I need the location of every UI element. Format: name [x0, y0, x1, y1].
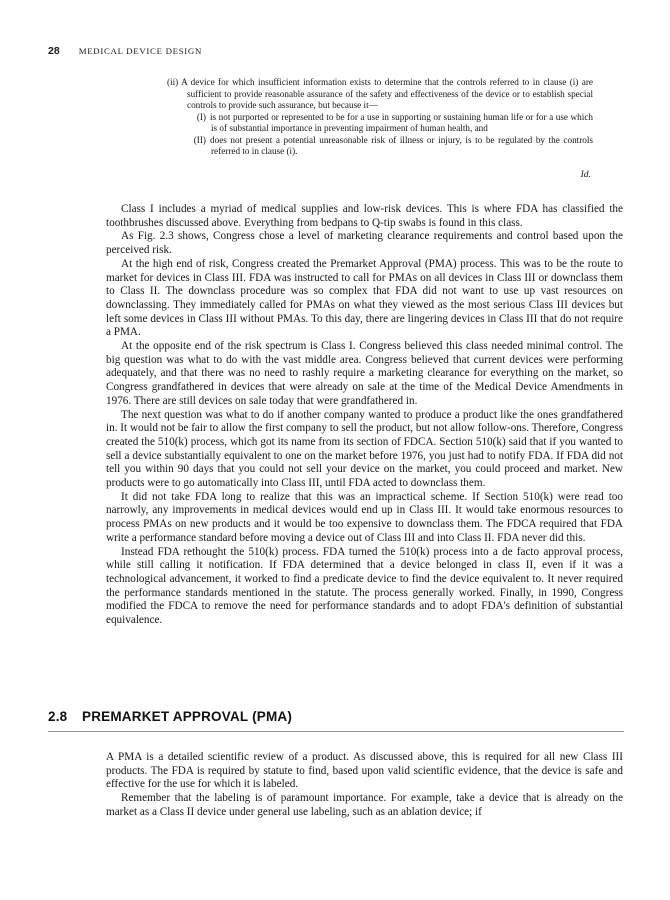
clause-ii-label: (ii): [167, 77, 178, 87]
section-heading: 2.8PREMARKET APPROVAL (PMA): [48, 709, 624, 732]
section-paragraph: Remember that the labeling is of paramou…: [106, 792, 623, 819]
body-text: Class I includes a myriad of medical sup…: [106, 203, 623, 628]
clause-sub-text-I: is not purported or represented to be fo…: [210, 112, 593, 134]
clause-sub-label-I: (I): [187, 112, 206, 124]
page-number: 28: [48, 45, 60, 57]
clause-ii-text: A device for which insufficient informat…: [181, 77, 593, 110]
body-paragraph: Class I includes a myriad of medical sup…: [106, 203, 623, 230]
section-number: 2.8: [48, 709, 82, 724]
clause-ii: (ii) A device for which insufficient inf…: [167, 77, 593, 112]
body-paragraph: As Fig. 2.3 shows, Congress chose a leve…: [106, 230, 623, 257]
statute-extract: (ii) A device for which insufficient inf…: [167, 77, 593, 158]
body-paragraph: At the opposite end of the risk spectrum…: [106, 340, 623, 409]
section-paragraph: A PMA is a detailed scientific review of…: [106, 751, 623, 792]
clause-sub-label-II: (II): [187, 135, 206, 147]
clause-sub-item-I: (I)is not purported or represented to be…: [187, 112, 593, 135]
attribution-id: Id.: [581, 169, 591, 180]
section-title: PREMARKET APPROVAL (PMA): [82, 709, 292, 724]
body-paragraph: Instead FDA rethought the 510(k) process…: [106, 546, 623, 628]
book-page: 28 MEDICAL DEVICE DESIGN (ii) A device f…: [0, 0, 670, 900]
page-header: 28 MEDICAL DEVICE DESIGN: [48, 45, 622, 57]
body-paragraph: At the high end of risk, Congress create…: [106, 258, 623, 340]
clause-sub-text-II: does not present a potential unreasonabl…: [210, 135, 593, 157]
running-head: MEDICAL DEVICE DESIGN: [79, 46, 202, 56]
body-paragraph: The next question was what to do if anot…: [106, 409, 623, 491]
body-paragraph: It did not take FDA long to realize that…: [106, 491, 623, 546]
section-body-text: A PMA is a detailed scientific review of…: [106, 751, 623, 820]
clause-sub-item-II: (II)does not present a potential unreaso…: [187, 135, 593, 158]
